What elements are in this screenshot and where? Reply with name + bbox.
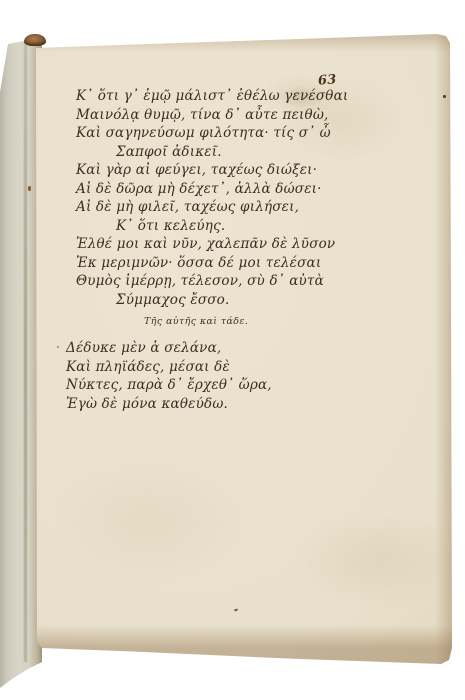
poem-line: Ἐκ μεριμνῶν· ὅσσα δέ μοι τελέσαι bbox=[76, 254, 348, 273]
paper-speck bbox=[28, 186, 31, 191]
poem-line: Αἰ δὲ δῶρα μὴ δέχετ᾽, ἀλλὰ δώσει· bbox=[76, 180, 348, 199]
paper-speck bbox=[57, 346, 59, 348]
poem-line: Κ᾽ ὅτι κελεύης. bbox=[76, 217, 348, 236]
poem-line: Καὶ γὰρ αἰ φεύγει, ταχέως διώξει· bbox=[76, 161, 348, 180]
poem-line: Μαινόλᾳ θυμῷ, τίνα δ᾽ αὖτε πειθὼ, bbox=[76, 106, 348, 125]
book-photograph: 63 Κ᾽ ὅτι γ᾽ ἐμῷ μάλιστ᾽ ἐθέλω γενέσθαι … bbox=[0, 0, 465, 700]
headband bbox=[24, 34, 46, 46]
poem-line: Ἐλθέ μοι καὶ νῦν, χαλεπᾶν δὲ λῦσον bbox=[76, 235, 348, 254]
poem-line: Δέδυκε μὲν ἁ σελάνα, bbox=[66, 339, 272, 358]
facing-page-block bbox=[0, 0, 42, 700]
poem-line: Ἐγὼ δὲ μόνα καθεύδω. bbox=[66, 395, 272, 414]
poem-line: Καὶ σαγηνεύσωμ φιλότητα· τίς σ᾽ ὦ bbox=[76, 124, 348, 143]
section-heading: Τῆς αὐτῆς καὶ τάδε. bbox=[144, 316, 248, 327]
poem-line: Αἰ δὲ μὴ φιλεῖ, ταχέως φιλήσει, bbox=[76, 198, 348, 217]
gutter-crease bbox=[24, 44, 27, 662]
poem-line: Σαπφοῖ ἀδικεῖ. bbox=[76, 143, 348, 162]
paper-speck bbox=[443, 95, 446, 98]
poem-line: Σύμμαχος ἔσσο. bbox=[76, 291, 348, 310]
poem-line: Νύκτες, παρὰ δ᾽ ἔρχεθ᾽ ὥρα, bbox=[66, 376, 272, 395]
poem-line: Καὶ πληϊάδες, μέσαι δὲ bbox=[66, 358, 272, 377]
poem-ode-to-aphrodite: Κ᾽ ὅτι γ᾽ ἐμῷ μάλιστ᾽ ἐθέλω γενέσθαι Μαι… bbox=[76, 87, 348, 309]
poem-line: Κ᾽ ὅτι γ᾽ ἐμῷ μάλιστ᾽ ἐθέλω γενέσθαι bbox=[76, 87, 348, 106]
poem-midnight-fragment: Δέδυκε μὲν ἁ σελάνα, Καὶ πληϊάδες, μέσαι… bbox=[66, 339, 272, 413]
poem-line: Θυμὸς ἰμέρρῃ, τέλεσον, σὺ δ᾽ αὐτὰ bbox=[76, 272, 348, 291]
